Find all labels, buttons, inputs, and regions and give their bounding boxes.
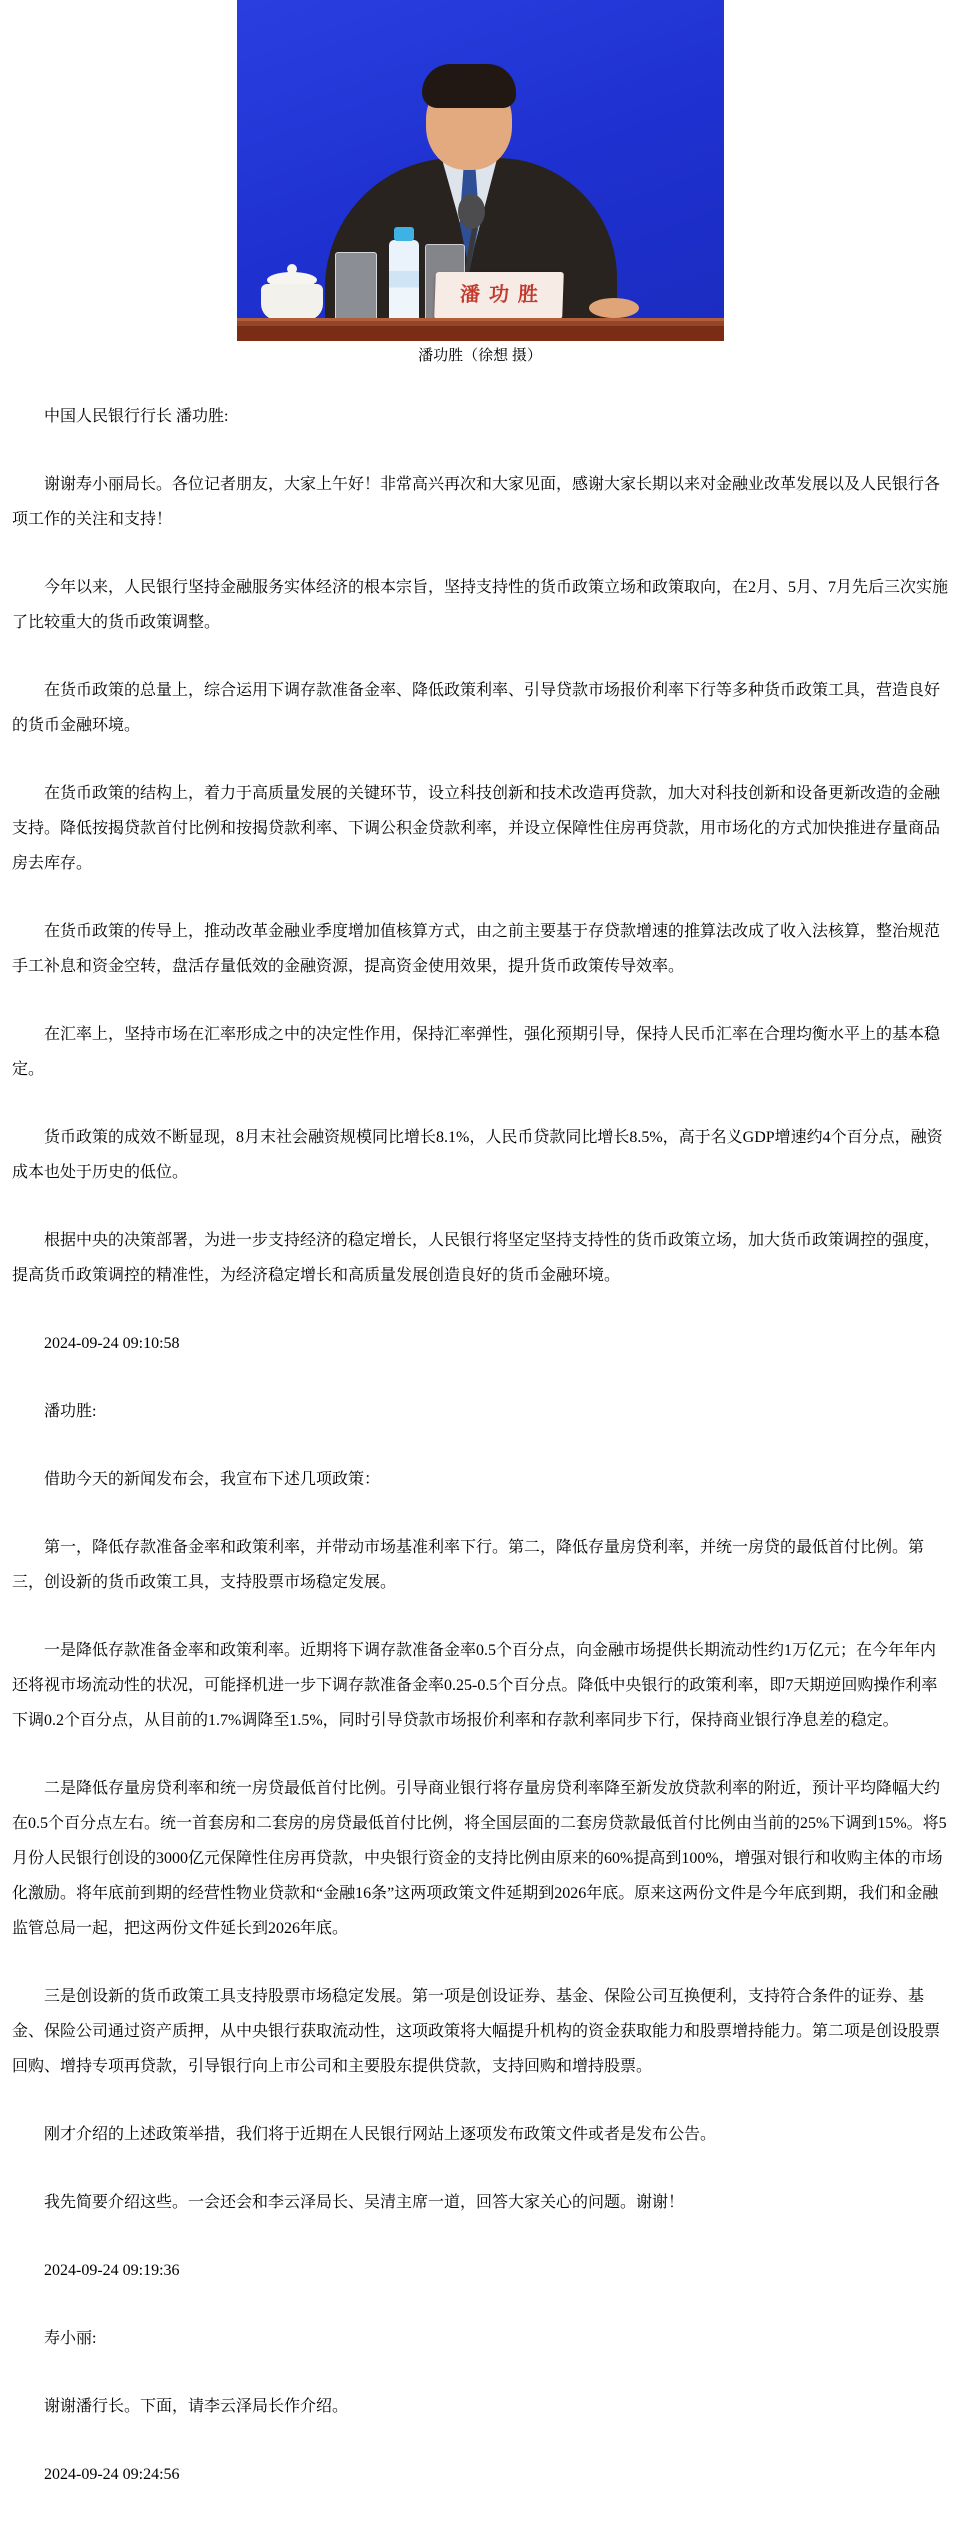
transcript-paragraph: 谢谢潘行长。下面，请李云泽局长作介绍。 (12, 2389, 948, 2424)
transcript-paragraph: 在货币政策的结构上，着力于高质量发展的关键环节，设立科技创新和技术改造再贷款，加… (12, 776, 948, 881)
transcript-paragraph: 我先简要介绍这些。一会还会和李云泽局长、吴清主席一道，回答大家关心的问题。谢谢！ (12, 2185, 948, 2220)
official-hair (422, 64, 516, 108)
transcript-paragraph: 刚才介绍的上述政策举措，我们将于近期在人民银行网站上逐项发布政策文件或者是发布公… (12, 2117, 948, 2152)
conference-desk (237, 318, 724, 341)
transcript-paragraph: 二是降低存量房贷利率和统一房贷最低首付比例。引导商业银行将存量房贷利率降至新发放… (12, 1771, 948, 1946)
water-bottle (389, 240, 419, 322)
transcript-paragraph: 三是创设新的货币政策工具支持股票市场稳定发展。第一项是创设证券、基金、保险公司互… (12, 1979, 948, 2084)
name-placard: 潘功胜 (434, 272, 564, 319)
press-photo: 潘功胜 (237, 0, 724, 341)
transcript: 中国人民银行行长 潘功胜:谢谢寿小丽局长。各位记者朋友，大家上午好！非常高兴再次… (12, 399, 948, 2492)
timestamp: 2024-09-24 09:10:58 (12, 1326, 948, 1361)
water-glass (335, 252, 377, 322)
speaker-label: 寿小丽: (12, 2321, 948, 2356)
transcript-paragraph: 在货币政策的总量上，综合运用下调存款准备金率、降低政策利率、引导贷款市场报价利率… (12, 673, 948, 743)
speaker-label: 中国人民银行行长 潘功胜: (12, 399, 948, 434)
transcript-page: 潘功胜 潘功胜（徐想 摄） 中国人民银行行长 潘功胜:谢谢寿小丽局长。各位记者朋… (0, 0, 960, 2492)
transcript-paragraph: 货币政策的成效不断显现，8月末社会融资规模同比增长8.1%，人民币贷款同比增长8… (12, 1120, 948, 1190)
transcript-paragraph: 谢谢寿小丽局长。各位记者朋友，大家上午好！非常高兴再次和大家见面，感谢大家长期以… (12, 467, 948, 537)
transcript-paragraph: 根据中央的决策部署，为进一步支持经济的稳定增长，人民银行将坚定坚持支持性的货币政… (12, 1223, 948, 1293)
official-hand (589, 298, 639, 318)
transcript-paragraph: 第一，降低存款准备金率和政策利率，并带动市场基准利率下行。第二，降低存量房贷利率… (12, 1530, 948, 1600)
transcript-paragraph: 借助今天的新闻发布会，我宣布下述几项政策： (12, 1462, 948, 1497)
timestamp: 2024-09-24 09:19:36 (12, 2253, 948, 2288)
transcript-paragraph: 一是降低存款准备金率和政策利率。近期将下调存款准备金率0.5个百分点，向金融市场… (12, 1633, 948, 1738)
water-bottle-cap (394, 227, 414, 241)
press-photo-wrap: 潘功胜 潘功胜（徐想 摄） (237, 0, 724, 366)
microphone-head (458, 194, 485, 229)
speaker-label: 潘功胜: (12, 1394, 948, 1429)
photo-caption: 潘功胜（徐想 摄） (237, 346, 724, 366)
teacup (261, 284, 323, 320)
transcript-paragraph: 今年以来，人民银行坚持金融服务实体经济的根本宗旨，坚持支持性的货币政策立场和政策… (12, 570, 948, 640)
transcript-paragraph: 在汇率上，坚持市场在汇率形成之中的决定性作用，保持汇率弹性，强化预期引导，保持人… (12, 1017, 948, 1087)
transcript-paragraph: 在货币政策的传导上，推动改革金融业季度增加值核算方式，由之前主要基于存贷款增速的… (12, 914, 948, 984)
timestamp: 2024-09-24 09:24:56 (12, 2457, 948, 2492)
